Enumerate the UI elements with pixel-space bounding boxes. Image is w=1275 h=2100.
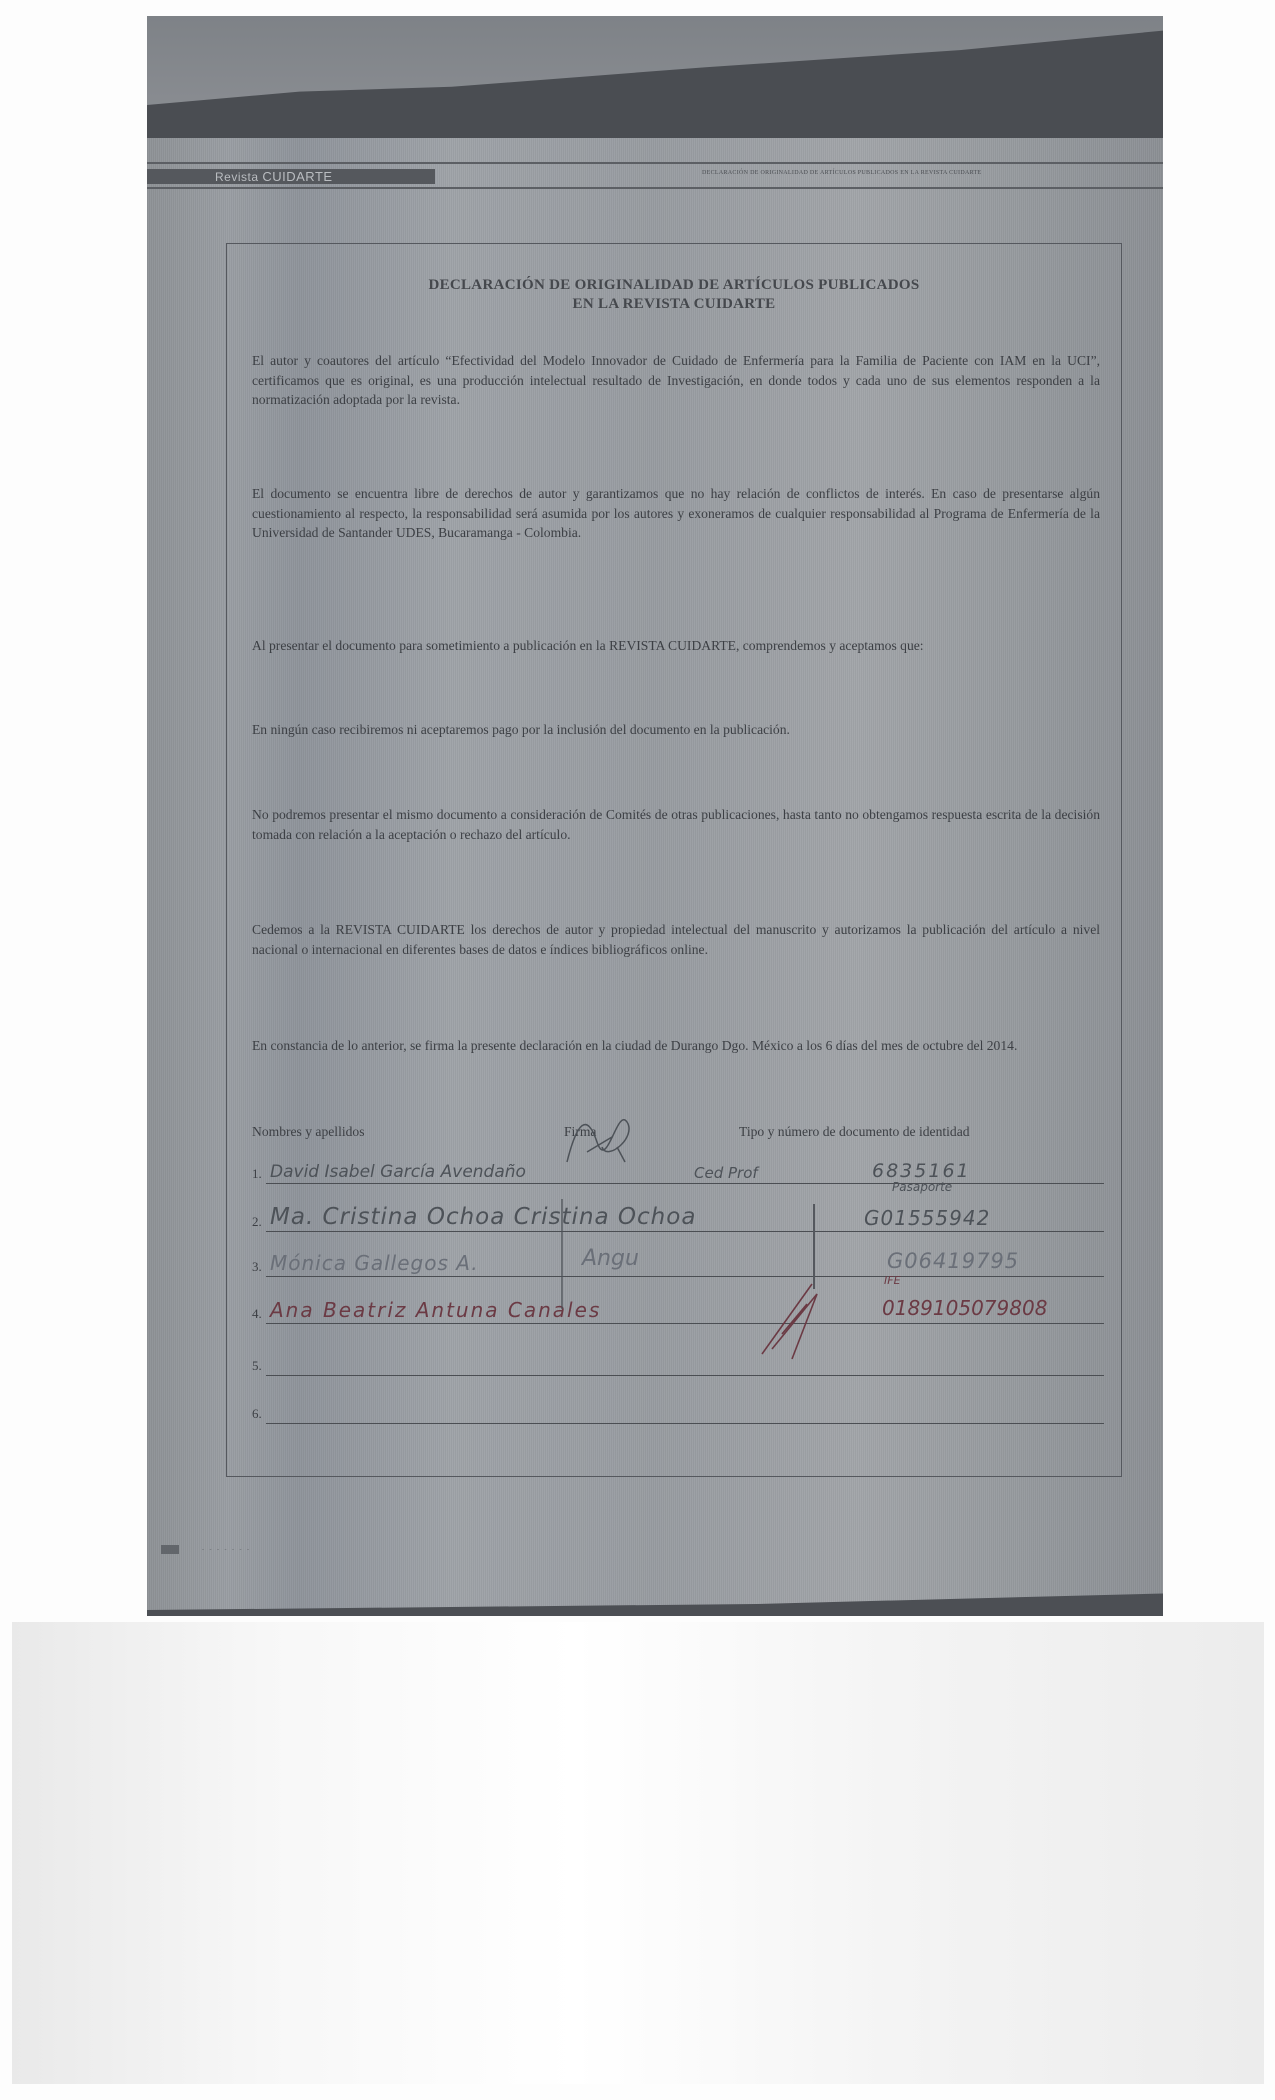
id-type: Ced Prof (694, 1164, 758, 1182)
scanned-document: Revista CUIDARTE DECLARACIÓN DE ORIGINAL… (147, 16, 1163, 1616)
author-name: Mónica Gallegos A. (270, 1251, 479, 1275)
signature-line (266, 1375, 1104, 1377)
declaration-form: DECLARACIÓN DE ORIGINALIDAD DE ARTÍCULOS… (226, 243, 1122, 1477)
row-number: 6. (252, 1406, 262, 1422)
signature-row-5: 5. (252, 1336, 1104, 1376)
paragraph-no-payment: En ningún caso recibiremos ni aceptaremo… (252, 720, 1100, 740)
row-number: 5. (252, 1358, 262, 1374)
row-number: 1. (252, 1166, 262, 1182)
id-type: Pasaporte (892, 1180, 952, 1194)
author-name: Ana Beatriz Antuna Canales (270, 1298, 601, 1322)
journal-prefix: Revista (215, 170, 259, 184)
author-signature: Angu (582, 1246, 639, 1271)
journal-header-bar: Revista CUIDARTE (147, 169, 435, 184)
signature-line (266, 1423, 1104, 1425)
running-title: DECLARACIÓN DE ORIGINALIDAD DE ARTÍCULOS… (702, 170, 1163, 176)
signature-scribble-1 (557, 1102, 647, 1172)
column-header-names: Nombres y apellidos (252, 1124, 365, 1140)
paragraph-copyright-transfer: Cedemos a la REVISTA CUIDARTE los derech… (252, 920, 1100, 959)
signature-row-4: 4. Ana Beatriz Antuna Canales IFE 018910… (252, 1284, 1104, 1324)
footer-text: - - - - - - - (202, 1547, 251, 1553)
signature-row-2: 2. Ma. Cristina Ochoa Cristina Ochoa Pas… (252, 1192, 1104, 1232)
column-header-id: Tipo y número de documento de identidad (739, 1124, 970, 1140)
signature-scribble-4 (757, 1274, 827, 1364)
blank-page-area (12, 1622, 1264, 2084)
id-number: G06419795 (887, 1249, 1019, 1273)
title-line-1: DECLARACIÓN DE ORIGINALIDAD DE ARTÍCULOS… (227, 276, 1121, 295)
paragraph-attestation: En constancia de lo anterior, se firma l… (252, 1036, 1100, 1056)
title-line-2: EN LA REVISTA CUIDARTE (227, 295, 1121, 314)
paragraph-submission: Al presentar el documento para sometimie… (252, 636, 1100, 656)
row-number: 3. (252, 1259, 262, 1275)
journal-name: CUIDARTE (262, 169, 332, 184)
paragraph-rights: El documento se encuentra libre de derec… (252, 484, 1100, 543)
row-number: 2. (252, 1214, 262, 1230)
row-number: 4. (252, 1306, 262, 1322)
header-rule-top (147, 162, 1163, 164)
document-title: DECLARACIÓN DE ORIGINALIDAD DE ARTÍCULOS… (227, 276, 1121, 314)
signature-line (266, 1323, 1104, 1325)
id-type: IFE (884, 1274, 901, 1287)
bottom-dark-band (147, 1586, 1163, 1616)
signature-line (266, 1231, 1104, 1233)
footer-mark (161, 1545, 179, 1554)
signature-line (266, 1276, 1104, 1278)
signature-stroke-2 (557, 1199, 567, 1309)
signature-row-6: 6. (252, 1384, 1104, 1424)
paragraph-exclusivity: No podremos presentar el mismo documento… (252, 805, 1100, 844)
id-number: G01555942 (864, 1206, 990, 1230)
signature-line (266, 1183, 1104, 1185)
signature-row-1: 1. David Isabel García Avendaño Ced Prof… (252, 1144, 1104, 1184)
author-name: Ma. Cristina Ochoa Cristina Ochoa (270, 1204, 696, 1230)
header-rule-bottom (147, 187, 1163, 189)
paragraph-certification: El autor y coautores del artículo “Efect… (252, 351, 1100, 410)
id-number: 6835161 (872, 1160, 971, 1182)
author-name: David Isabel García Avendaño (270, 1162, 526, 1182)
signature-row-3: 3. Mónica Gallegos A. Angu G06419795 (252, 1237, 1104, 1277)
id-number: 0189105079808 (882, 1296, 1047, 1320)
